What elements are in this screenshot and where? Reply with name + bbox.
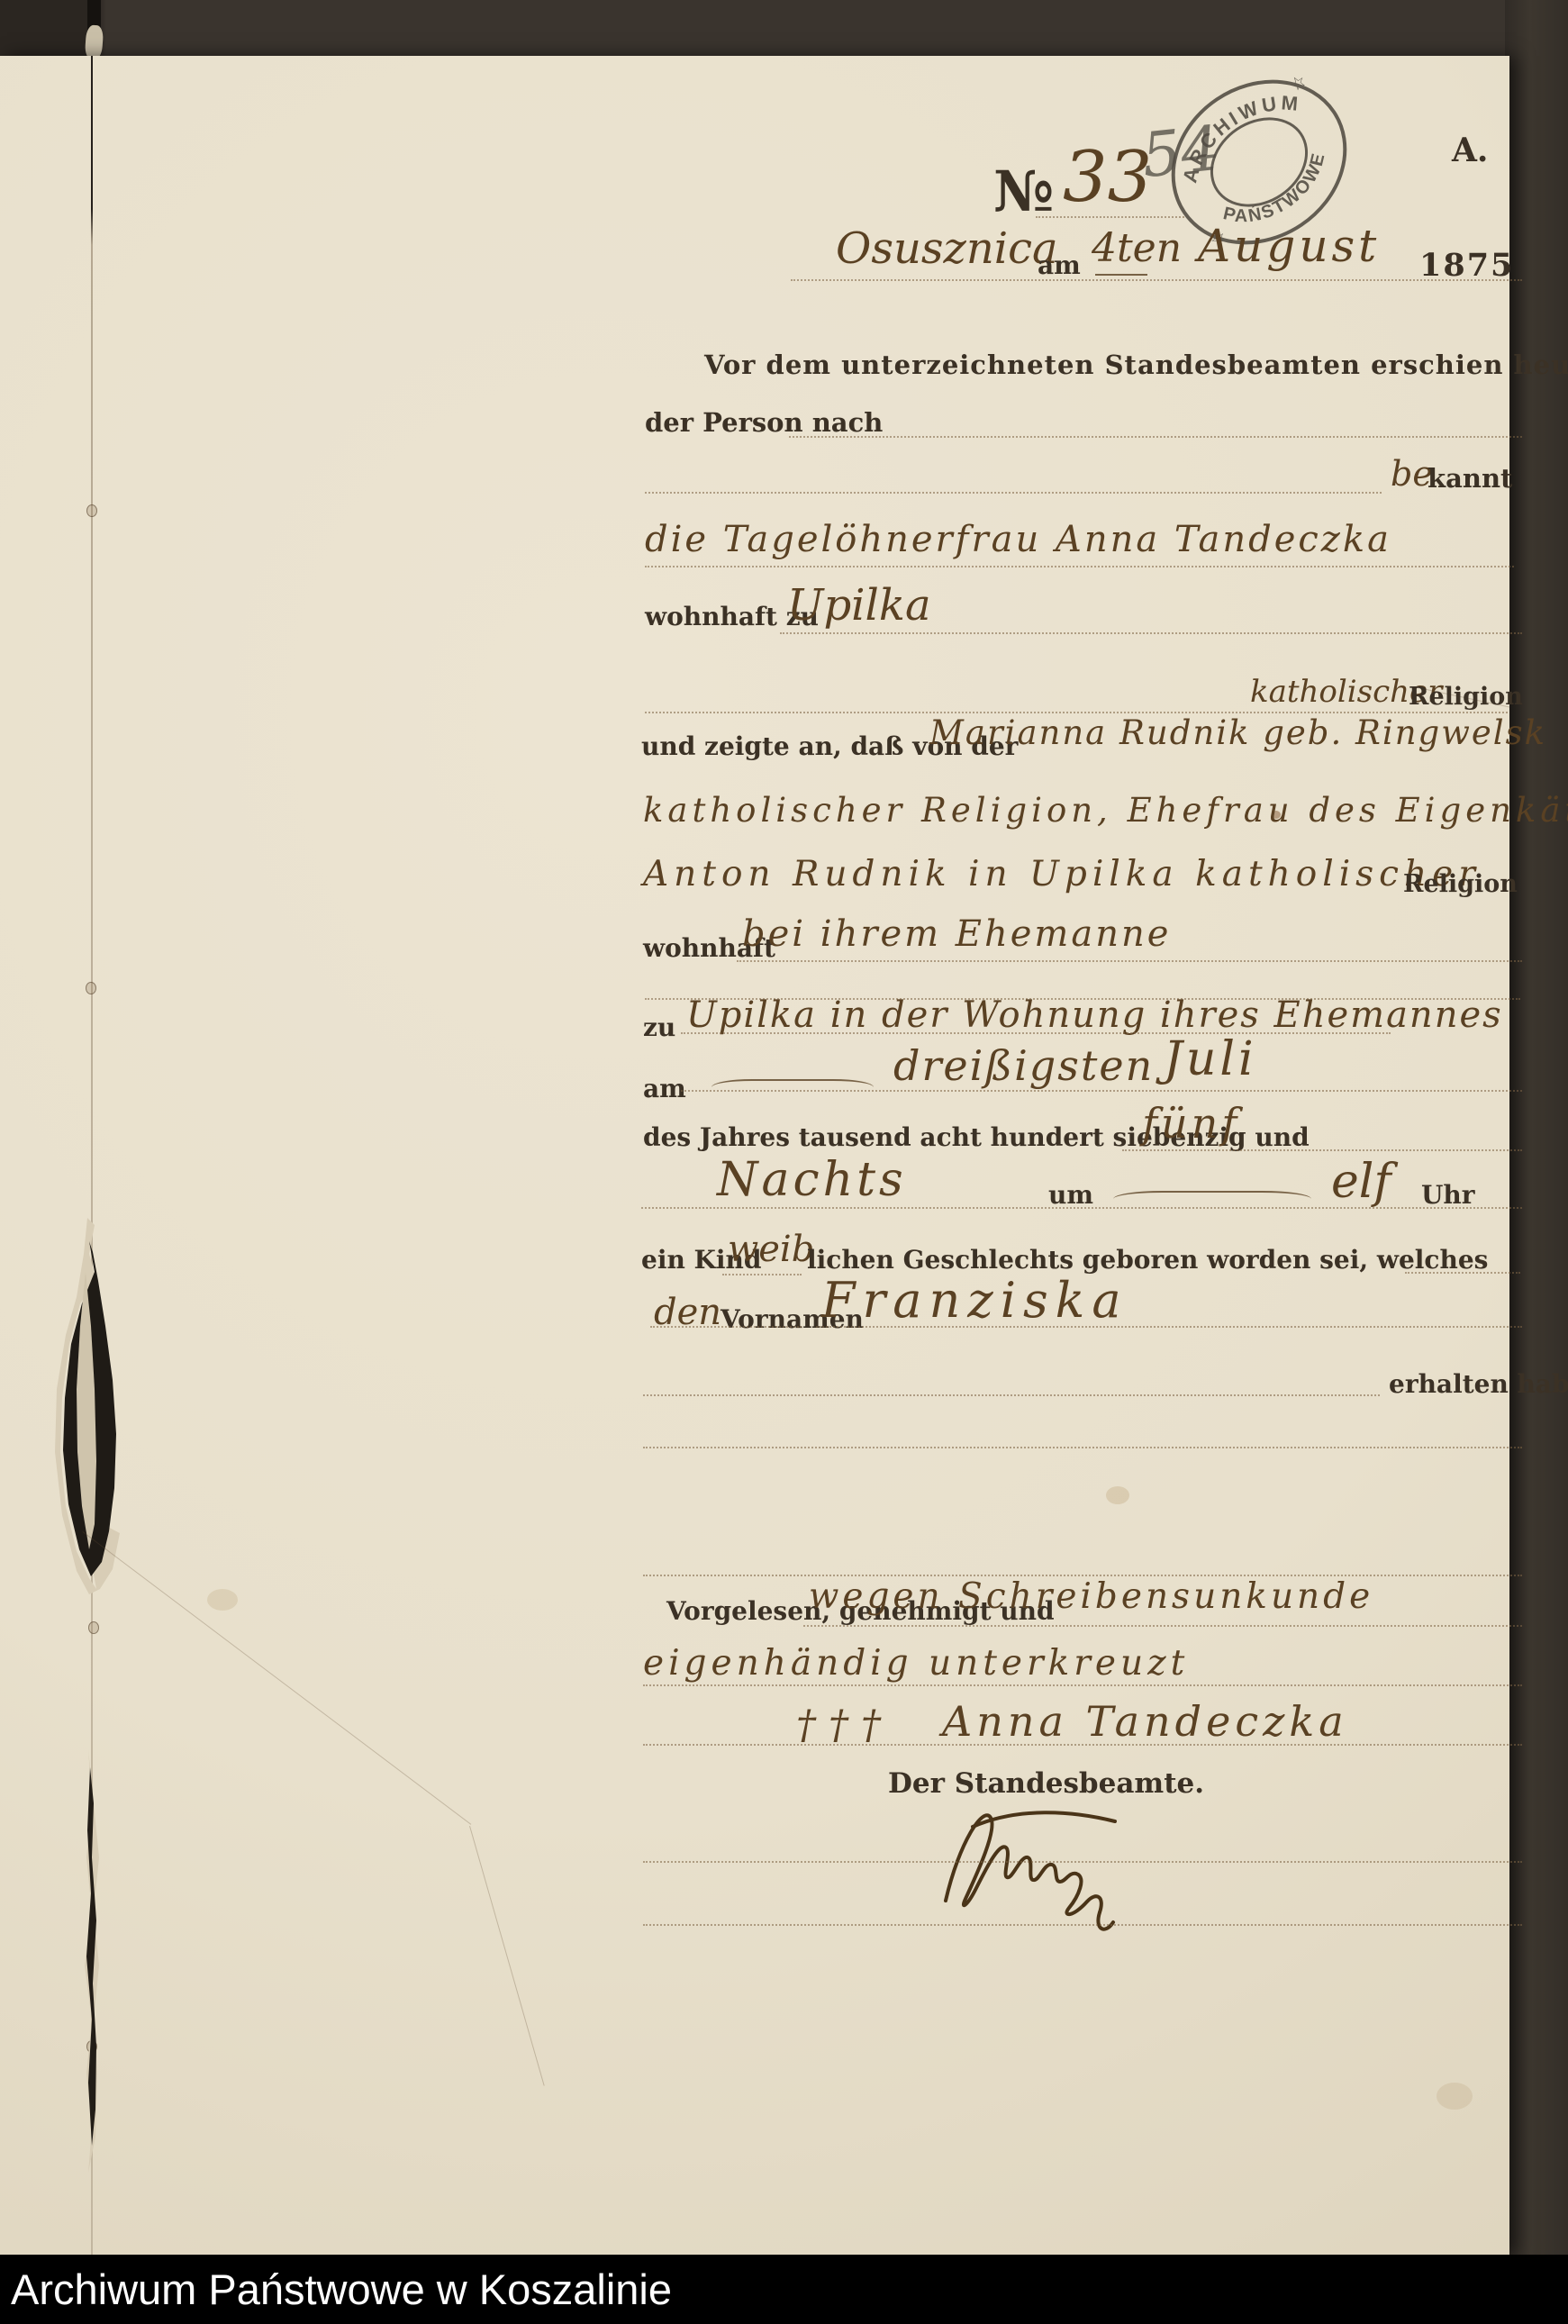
dotted-rule xyxy=(643,1744,1522,1746)
am2-label: am xyxy=(643,1074,686,1103)
paper-tear-small xyxy=(61,1749,124,2173)
father-line: Anton Rudnik in Upilka katholischer xyxy=(643,854,1481,894)
dotted-rule xyxy=(681,1090,1522,1092)
backdrop-right-strip xyxy=(1505,0,1568,2324)
dotted-rule xyxy=(645,566,1514,567)
first-name-hand: Franziska xyxy=(821,1272,1128,1329)
year-value: 1875 xyxy=(1419,247,1514,284)
dotted-rule xyxy=(816,1326,1522,1328)
bekannt-printed: kannt xyxy=(1428,463,1512,494)
bekannt-hand: be xyxy=(1391,454,1433,494)
day-underline xyxy=(1095,274,1147,276)
registrar-signature xyxy=(919,1793,1207,1937)
mother-detail: katholischer Religion, Ehefrau des Eigen… xyxy=(643,791,1568,830)
stitch-knot xyxy=(86,982,96,994)
ink-flourish xyxy=(1113,1191,1311,1207)
dotted-rule xyxy=(643,1684,1522,1686)
child-sex-hand: weib xyxy=(728,1229,814,1270)
signature-crosses: † † † xyxy=(796,1702,881,1748)
dotted-rule xyxy=(791,279,1522,281)
dotted-rule xyxy=(803,1625,1522,1627)
foxing-spot xyxy=(207,1589,238,1611)
erhalten-habe-printed: erhalten habe xyxy=(1389,1369,1568,1399)
dotted-rule xyxy=(643,1861,1522,1863)
religion-printed: Religion xyxy=(1409,683,1523,711)
dotted-rule xyxy=(681,1032,1391,1034)
daytime-hand: Nachts xyxy=(717,1153,907,1207)
birth-month-hand: Juli xyxy=(1164,1032,1257,1086)
series-letter: A. xyxy=(1452,132,1488,169)
am-label: am xyxy=(1038,250,1081,280)
closing-hand-2: eigenhändig unterkreuzt xyxy=(643,1643,1189,1684)
dotted-rule xyxy=(643,1394,1380,1396)
archive-caption-bar: Archiwum Państwowe w Koszalinie xyxy=(0,2255,1568,2324)
dotted-rule xyxy=(650,1326,802,1328)
dotted-rule xyxy=(1122,1149,1522,1151)
father-religion-printed: Religion xyxy=(1403,870,1518,898)
birth-place-hand: Upilka in der Wohnung ihres Ehemannes xyxy=(686,994,1503,1036)
dotted-rule xyxy=(643,1924,1522,1926)
day-value: 4ten xyxy=(1092,225,1182,271)
foxing-spot xyxy=(1106,1486,1129,1504)
year-hand: fünf xyxy=(1142,1099,1240,1148)
dotted-rule xyxy=(780,632,1522,634)
ink-flourish xyxy=(711,1079,874,1095)
paper-tear-large xyxy=(50,1218,140,1632)
uhr-label: Uhr xyxy=(1421,1180,1475,1210)
place-name: Osusznica xyxy=(836,223,1058,274)
dotted-rule xyxy=(789,436,1522,438)
dotted-rule xyxy=(722,1274,802,1275)
declarant-line: die Tagelöhnerfrau Anna Tandeczka xyxy=(645,519,1391,560)
residence-hand: bei ihrem Ehemanne xyxy=(742,913,1171,955)
person-nach-label: der Person nach xyxy=(645,407,883,438)
declarant-signature: Anna Tandeczka xyxy=(942,1697,1348,1746)
mother-name: Marianna Rudnik geb. Ringwelsk xyxy=(929,713,1546,752)
dotted-rule xyxy=(645,492,1382,494)
closing-hand-1: wegen Schreibensunkunde xyxy=(809,1576,1373,1617)
month-value: August xyxy=(1198,220,1380,272)
crease-line xyxy=(469,1826,545,2086)
foxing-spot xyxy=(1437,2083,1473,2110)
um-label: um xyxy=(1048,1180,1093,1210)
dotted-rule xyxy=(1405,1272,1520,1274)
crease-line xyxy=(82,1531,471,1825)
number-sign: № xyxy=(993,159,1054,224)
intro-line: Vor dem unterzeichneten Standesbeamten e… xyxy=(704,350,1568,380)
birth-day-hand: dreißigsten xyxy=(893,1041,1154,1090)
scanned-register-photo: A. № 33 54 ARCHIWUM PAŃSTWOWE ☆ ☆ Osuszn… xyxy=(0,0,1568,2324)
dotted-rule xyxy=(737,960,1522,962)
hour-hand: elf xyxy=(1331,1155,1391,1209)
dotted-rule xyxy=(643,1447,1522,1448)
archive-caption-text: Archiwum Państwowe w Koszalinie xyxy=(0,2255,1568,2324)
child-printed-b: lichen Geschlechts geboren worden sei, w… xyxy=(807,1245,1488,1275)
record-number: 33 xyxy=(1063,137,1152,218)
binding-thread xyxy=(85,24,104,59)
stitch-knot xyxy=(86,504,97,517)
declarant-residence: Upilka xyxy=(787,580,931,631)
zu-label: zu xyxy=(643,1012,675,1042)
